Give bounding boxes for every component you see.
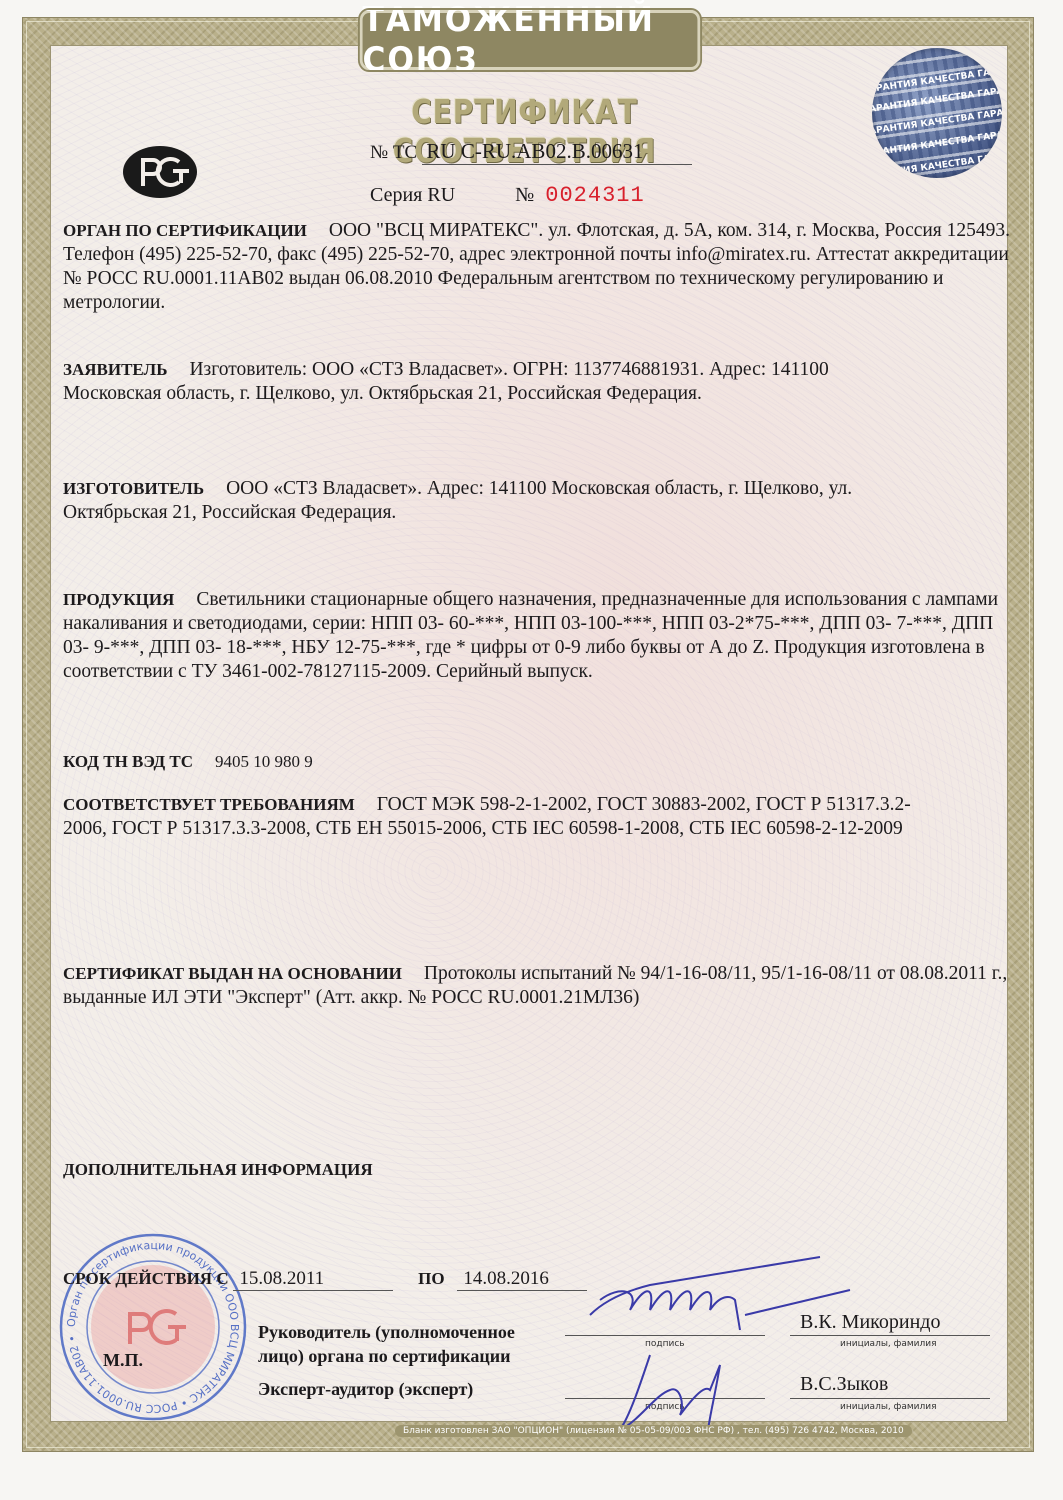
valid-from-date: 15.08.2011 [233, 1268, 393, 1291]
section-hs-code: КОД ТН ВЭД ТС9405 10 980 9 [63, 750, 1013, 774]
head-signatory-label: Руководитель (уполномоченное лицо) орган… [258, 1320, 558, 1368]
tc-number: RU C-RU.AB02.B.00631 [422, 139, 692, 165]
number-label: № [515, 184, 534, 206]
section-product: ПРОДУКЦИЯСветильники стационарные общего… [63, 588, 1018, 684]
valid-to-label: ПО [418, 1269, 444, 1288]
valid-to-date: 14.08.2016 [457, 1268, 587, 1291]
blank-print-note: Бланк изготовлен ЗАО "ОПЦИОН" (лицензия … [395, 1425, 912, 1437]
section-label: СООТВЕТСТВУЕТ ТРЕБОВАНИЯМ [63, 795, 355, 814]
section-certification-body: ОРГАН ПО СЕРТИФИКАЦИИООО "ВСЦ МИРАТЕКС".… [63, 219, 1013, 315]
section-text: Изготовитель: ООО «СТЗ Владасвет». ОГРН:… [63, 359, 829, 404]
section-label: ЗАЯВИТЕЛЬ [63, 360, 167, 379]
expert-name-line [790, 1398, 990, 1399]
section-label: ПРОДУКЦИЯ [63, 590, 174, 609]
customs-union-title: ТАМОЖЕННЫЙ СОЮЗ [363, 0, 698, 80]
customs-union-badge: ТАМОЖЕННЫЙ СОЮЗ [360, 10, 700, 70]
rst-mark-icon [121, 144, 199, 200]
section-issued-basis: СЕРТИФИКАТ ВЫДАН НА ОСНОВАНИИПротоколы и… [63, 962, 1008, 1010]
series-value: RU [427, 184, 455, 206]
tc-number-line: № ТС RU C-RU.AB02.B.00631 [370, 139, 692, 165]
hologram-sticker: ГАРАНТИЯ КАЧЕСТВА ГАРАНТИЯ КАЧЕСТВА ГАРА… [872, 48, 1002, 178]
section-requirements: СООТВЕТСТВУЕТ ТРЕБОВАНИЯМГОСТ МЭК 598-2-… [63, 793, 943, 841]
head-signature [570, 1255, 870, 1340]
seal-stamp: Орган по сертификации продукции ООО ВСЦ … [58, 1232, 248, 1422]
series-label: Серия [370, 184, 422, 206]
section-manufacturer: ИЗГОТОВИТЕЛЬООО «СТЗ Владасвет». Адрес: … [63, 477, 953, 525]
validity-label: СРОК ДЕЙСТВИЯ С [63, 1269, 229, 1288]
section-label: ИЗГОТОВИТЕЛЬ [63, 479, 204, 498]
section-label: ОРГАН ПО СЕРТИФИКАЦИИ [63, 221, 307, 240]
seal-place-label: М.П. [103, 1350, 143, 1371]
name-caption: инициалы, фамилия [840, 1339, 937, 1349]
validity-period: СРОК ДЕЙСТВИЯ С 15.08.2011 ПО 14.08.2016 [63, 1268, 623, 1291]
section-text: Светильники стационарные общего назначен… [63, 589, 998, 682]
expert-name: В.С.Зыков [800, 1373, 888, 1396]
expert-signatory-label: Эксперт-аудитор (эксперт) [258, 1377, 473, 1401]
name-caption: инициалы, фамилия [840, 1402, 937, 1412]
section-additional-info: ДОПОЛНИТЕЛЬНАЯ ИНФОРМАЦИЯ [63, 1158, 1013, 1182]
section-text: 9405 10 980 9 [215, 752, 313, 771]
tc-label: № ТС [370, 142, 417, 163]
section-label: КОД ТН ВЭД ТС [63, 752, 193, 771]
section-label: СЕРТИФИКАТ ВЫДАН НА ОСНОВАНИИ [63, 964, 402, 983]
section-applicant: ЗАЯВИТЕЛЬИзготовитель: ООО «СТЗ Владасве… [63, 358, 923, 406]
serial-number: 0024311 [545, 183, 644, 208]
series-line: Серия RU № 0024311 [370, 183, 645, 208]
